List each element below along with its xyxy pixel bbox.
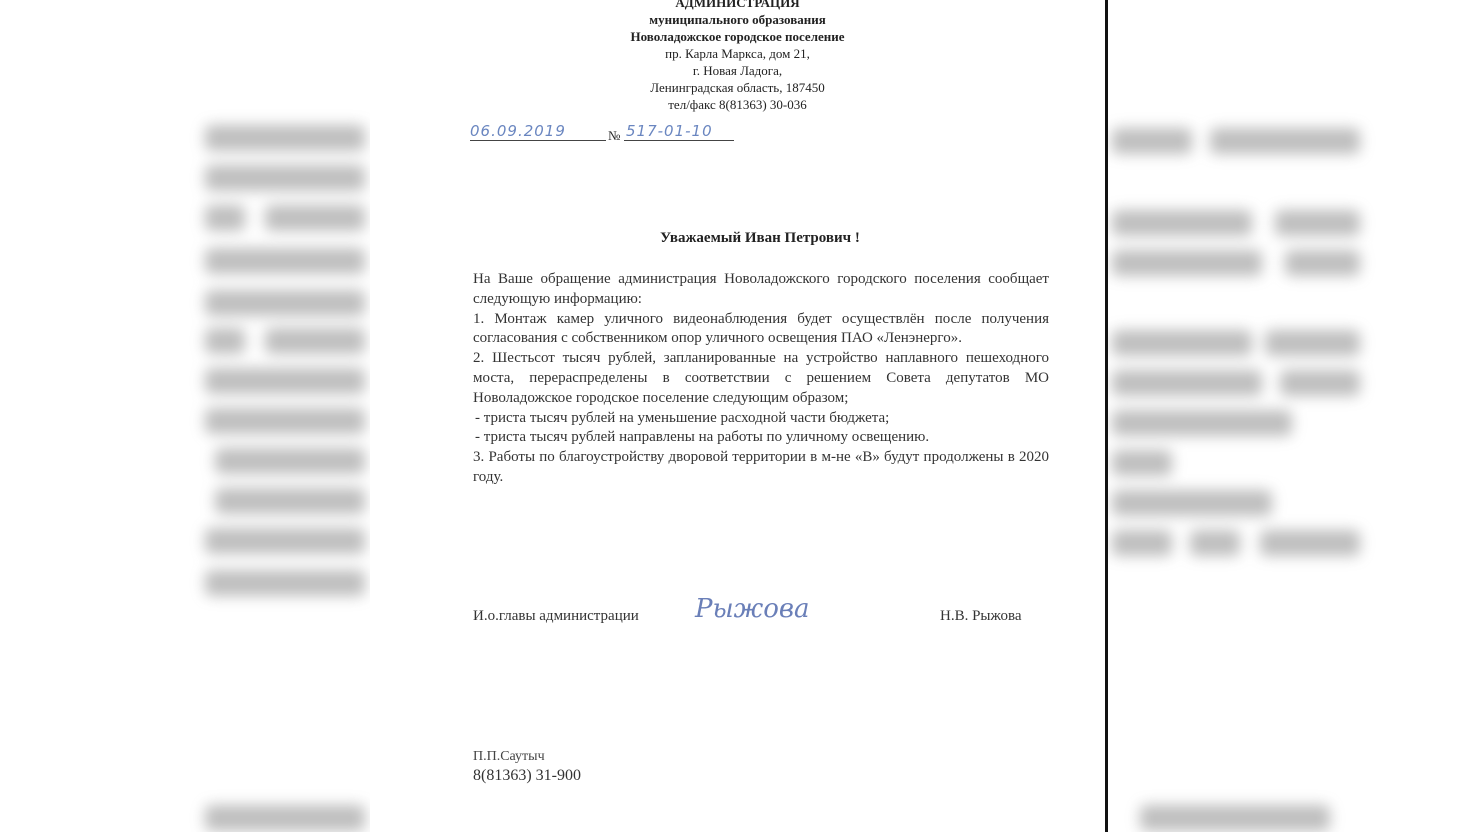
org-line-1: АДМИНИСТРАЦИЯ — [370, 0, 1105, 11]
address-line-2: г. Новая Ладога, — [370, 62, 1105, 79]
paragraph-item-1: 1. Монтаж камер уличного видеонаблюдения… — [473, 310, 1049, 350]
org-line-3: Новоладожское городское поселение — [370, 28, 1105, 45]
sheet-border — [1105, 0, 1108, 832]
greeting: Уважаемый Иван Петрович ! — [370, 230, 1150, 247]
paragraph-item-3: 3. Работы по благоустройству дворовой те… — [473, 448, 1049, 488]
address-line-1: пр. Карла Маркса, дом 21, — [370, 45, 1105, 62]
org-line-2: муниципального образования — [370, 11, 1105, 28]
registration-date: 06.09.2019 — [470, 122, 606, 141]
letter-sheet: АДМИНИСТРАЦИЯ муниципального образования… — [370, 0, 1105, 832]
paragraph-subitem-2: - триста тысяч рублей направлены на рабо… — [473, 428, 1049, 448]
handwritten-signature: Рыжова — [695, 594, 810, 624]
executor-name: П.П.Саутыч — [473, 747, 581, 766]
number-label: № — [608, 128, 620, 144]
executor-phone: 8(81363) 31-900 — [473, 766, 581, 785]
paragraph-intro: На Ваше обращение администрация Новоладо… — [473, 270, 1049, 310]
paragraph-item-2: 2. Шестьсот тысяч рублей, запланированны… — [473, 349, 1049, 408]
phone-fax: тел/факс 8(81363) 30-036 — [370, 96, 1105, 113]
signature-block: И.о.главы администрации Рыжова Н.В. Рыжо… — [473, 608, 1053, 638]
registration-number: 517-01-10 — [624, 122, 734, 141]
letterhead: АДМИНИСТРАЦИЯ муниципального образования… — [370, 0, 1105, 113]
signatory-role: И.о.главы администрации — [473, 608, 639, 625]
paragraph-subitem-1: - триста тысяч рублей на уменьшение расх… — [473, 409, 1049, 429]
registration-block: 06.09.2019 № 517-01-10 — [470, 122, 770, 144]
letter-body: На Ваше обращение администрация Новоладо… — [473, 270, 1049, 488]
executor-contact: П.П.Саутыч 8(81363) 31-900 — [473, 747, 581, 785]
signatory-name: Н.В. Рыжова — [940, 608, 1022, 625]
address-line-3: Ленинградская область, 187450 — [370, 79, 1105, 96]
